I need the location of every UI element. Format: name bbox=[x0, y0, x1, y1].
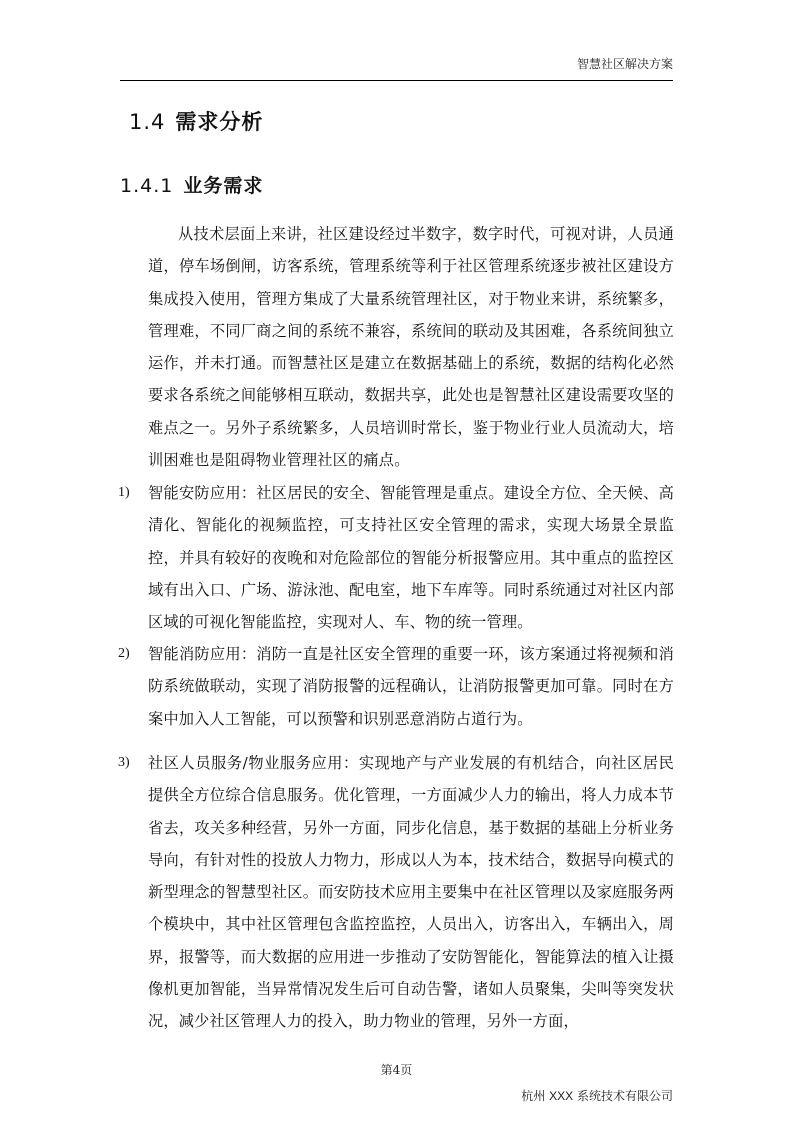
list-marker: 2) bbox=[118, 638, 130, 670]
company-suffix: 系统技术有限公司 bbox=[577, 1089, 673, 1103]
running-header-title: 智慧社区解决方案 bbox=[577, 55, 673, 72]
page-number: 第4页 bbox=[0, 1061, 793, 1078]
list-item-text: 智能安防应用：社区居民的安全、智能管理是重点。建设全方位、全天候、高清化、智能化… bbox=[148, 477, 674, 638]
list-marker: 1) bbox=[118, 477, 130, 509]
list-item: 3) 社区人员服务/物业服务应用：实现地产与产业发展的有机结合，向社区居民提供全… bbox=[118, 747, 674, 1038]
header-divider bbox=[120, 80, 673, 81]
subsection-number: 1.4.1 bbox=[120, 175, 173, 197]
list-item-text: 社区人员服务/物业服务应用：实现地产与产业发展的有机结合，向社区居民提供全方位综… bbox=[148, 747, 674, 1038]
section-number: 1.4 bbox=[129, 110, 165, 134]
company-latin: XXX bbox=[549, 1089, 573, 1103]
list-item: 1) 智能安防应用：社区居民的安全、智能管理是重点。建设全方位、全天候、高清化、… bbox=[118, 477, 674, 638]
list-item-text: 智能消防应用：消防一直是社区安全管理的重要一环，该方案通过将视频和消防系统做联动… bbox=[148, 638, 674, 735]
subsection-title: 业务需求 bbox=[183, 175, 263, 197]
section-title: 需求分析 bbox=[175, 110, 263, 134]
list-marker: 3) bbox=[118, 747, 130, 779]
intro-paragraph: 从技术层面上来讲，社区建设经过半数字，数字时代，可视对讲，人员通道，停车场倒闸，… bbox=[148, 218, 674, 476]
company-name: 杭州 XXX 系统技术有限公司 bbox=[521, 1087, 673, 1104]
list-item: 2) 智能消防应用：消防一直是社区安全管理的重要一环，该方案通过将视频和消防系统… bbox=[118, 638, 674, 735]
subsection-heading: 1.4.1业务需求 bbox=[120, 171, 263, 198]
section-heading: 1.4需求分析 bbox=[129, 106, 263, 136]
company-prefix: 杭州 bbox=[521, 1089, 545, 1103]
